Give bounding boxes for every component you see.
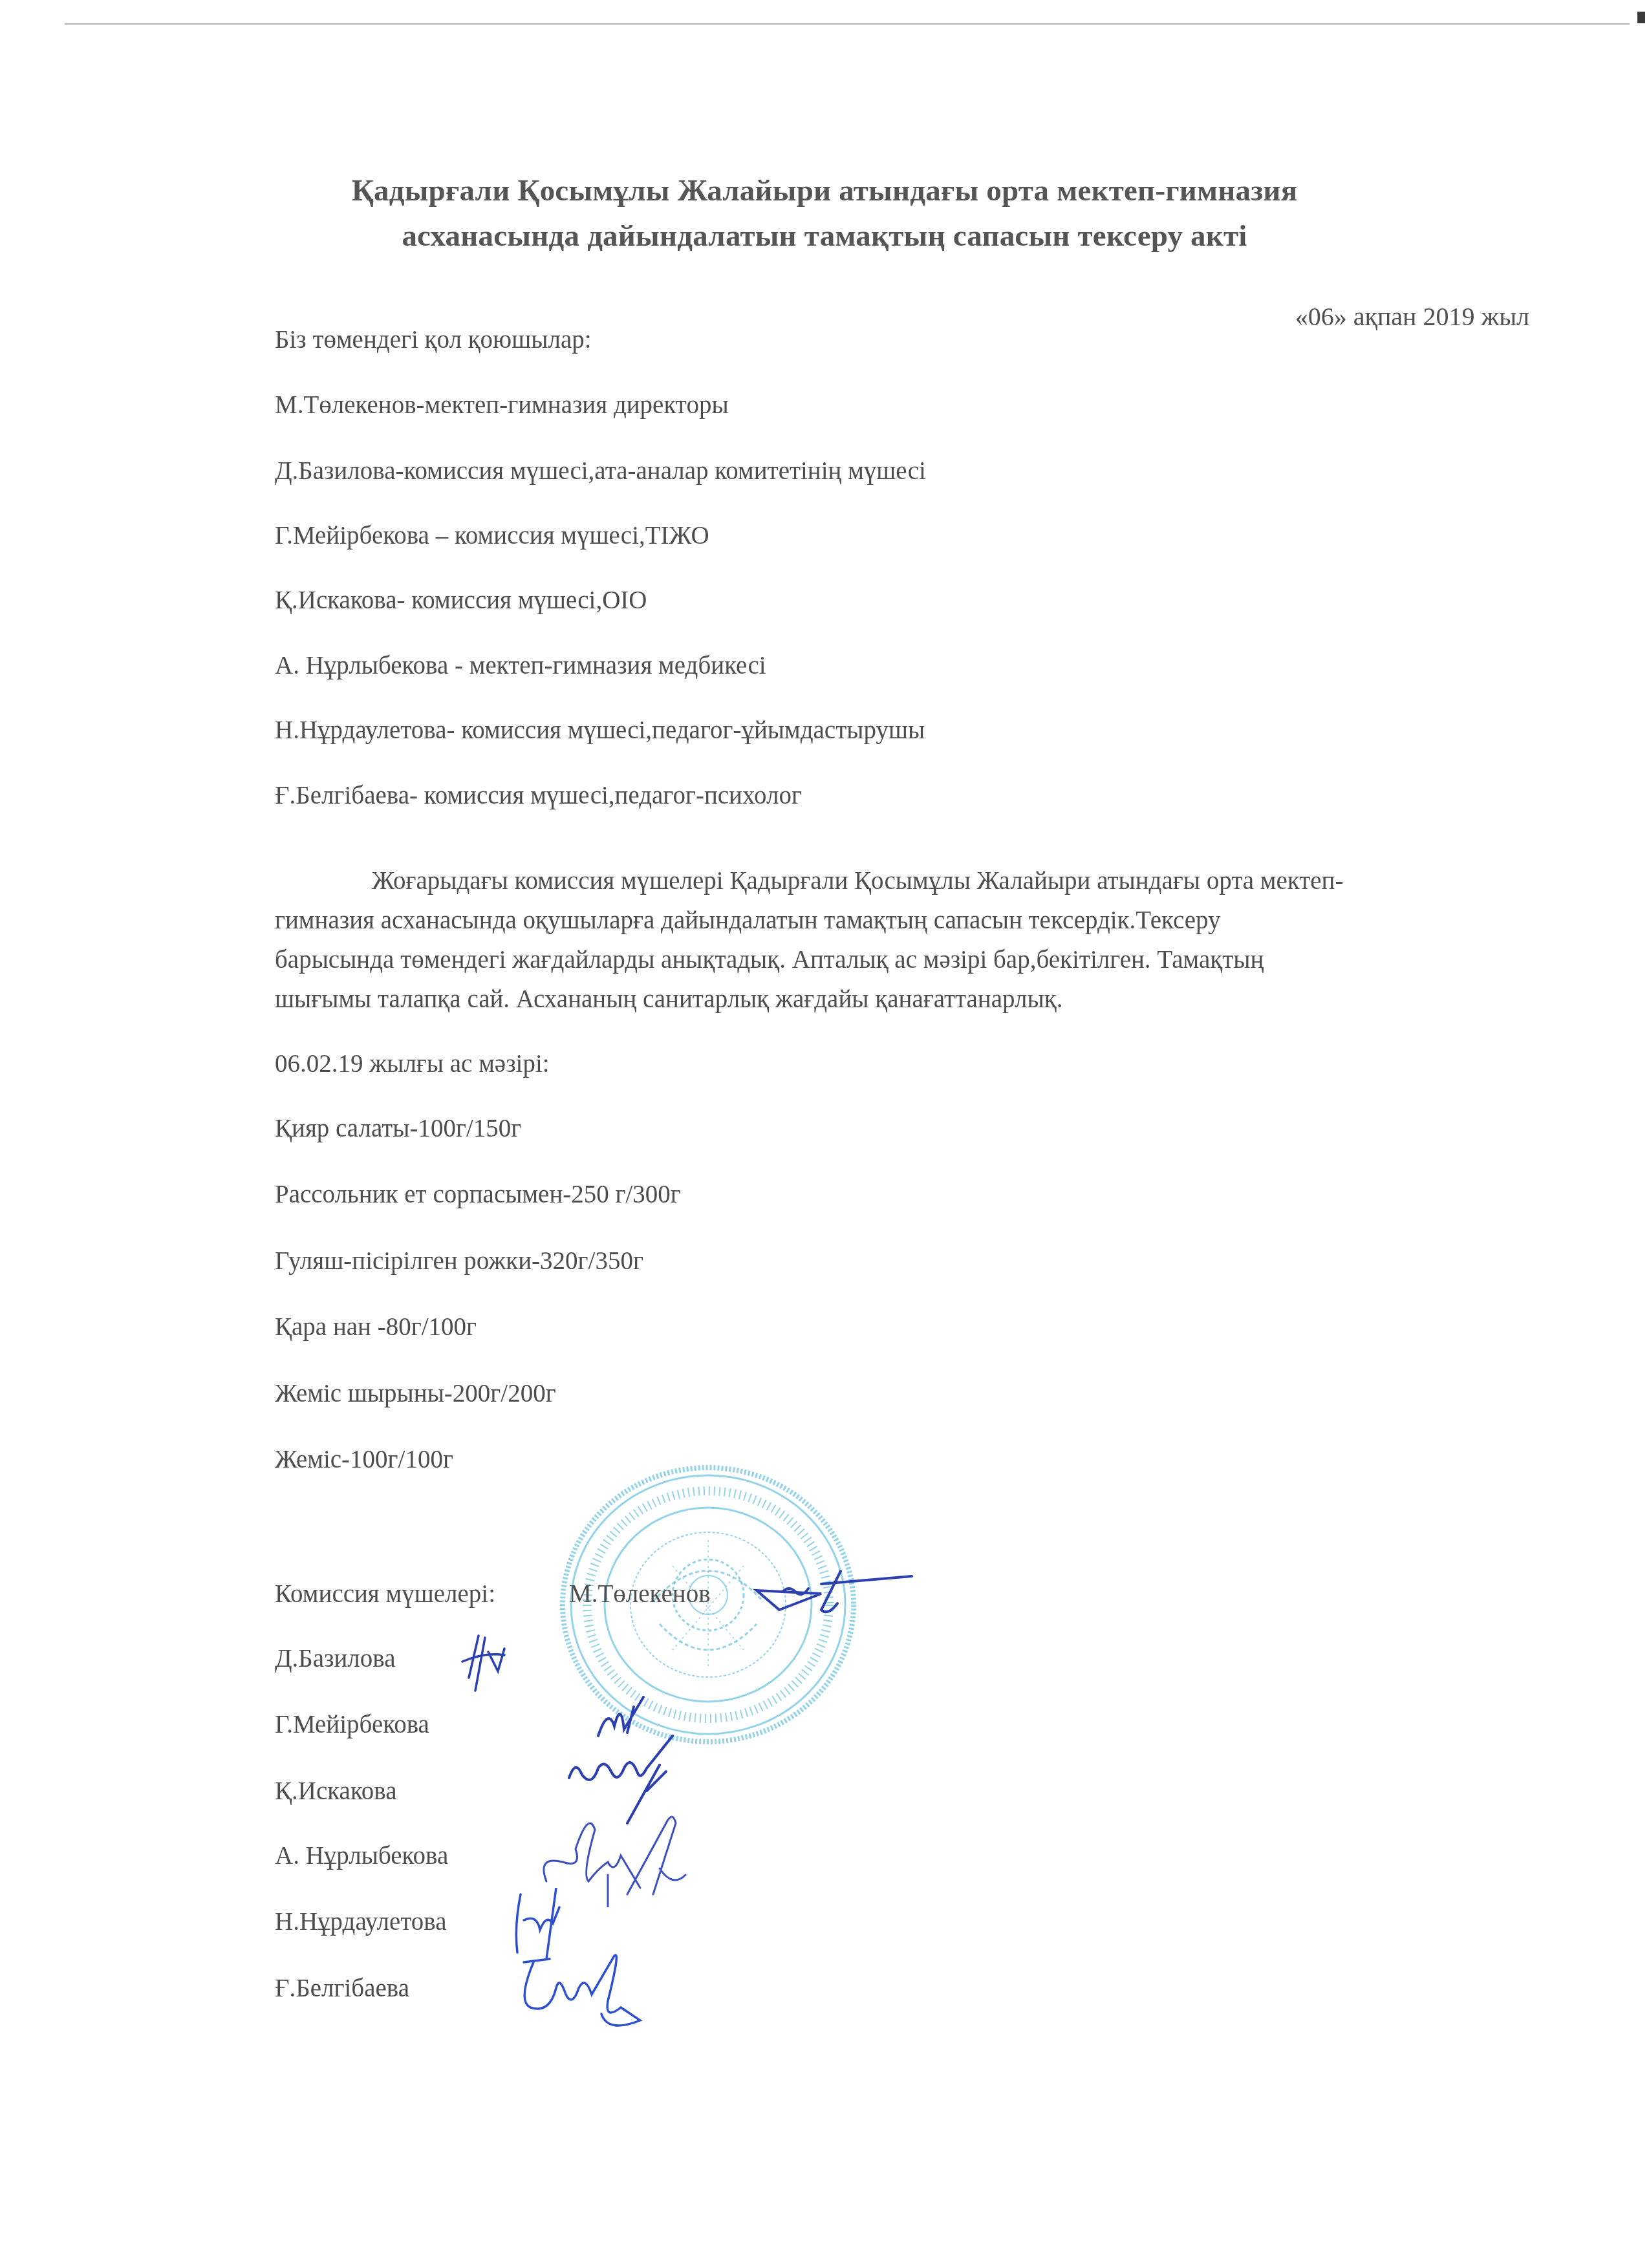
signatory-name: Н.Нұрдаулетова	[275, 1907, 447, 1936]
paragraph-line: Жоғарыдағы комиссия мүшелері Қадырғали Қ…	[275, 861, 1536, 901]
member-line: Г.Мейірбекова – комиссия мүшесі,ТІЖО	[275, 521, 709, 550]
menu-heading: 06.02.19 жылғы ас мәзірі:	[275, 1049, 550, 1078]
menu-item: Гуляш-пісірілген рожки-320г/350г	[275, 1246, 643, 1276]
paragraph-line: барысында төмендегі жағдайларды анықтады…	[275, 940, 1536, 979]
menu-item: Жеміс шырыны-200г/200г	[275, 1379, 556, 1408]
signature-nurdauletova-icon	[511, 1888, 588, 1959]
signatures-label: Комиссия мүшелері:	[275, 1579, 495, 1609]
menu-item: Жеміс-100г/100г	[275, 1445, 453, 1474]
signatory-name: Д.Базилова	[275, 1644, 396, 1673]
menu-item: Рассольник ет сорпасымен-250 г/300г	[275, 1180, 681, 1209]
document-title-line-2: асханасында дайындалатын тамақтың сапасы…	[0, 219, 1649, 253]
member-line: Қ.Искакова- комиссия мүшесі,ОІО	[275, 586, 647, 615]
member-line: Н.Нұрдаулетова- комиссия мүшесі,педагог-…	[275, 716, 925, 745]
signatory-name: Ғ.Белгібаева	[275, 1974, 409, 2003]
scan-top-border	[65, 23, 1630, 25]
scan-corner-mark	[1637, 12, 1645, 23]
menu-item: Қара нан -80г/100г	[275, 1312, 477, 1342]
signature-bazilova-icon	[459, 1632, 511, 1697]
menu-item: Қияр салаты-100г/150г	[275, 1114, 521, 1143]
signatory-name: М.Төлекенов	[569, 1579, 711, 1609]
paragraph-line: шығымы талапқа сай. Асхананың санитарлық…	[275, 979, 1536, 1019]
findings-paragraph: Жоғарыдағы комиссия мүшелері Қадырғали Қ…	[275, 861, 1536, 1019]
signatory-name: А. Нұрлыбекова	[275, 1841, 448, 1870]
document-title-line-1: Қадырғали Қосымұлы Жалайыри атындағы орт…	[0, 173, 1649, 208]
signatory-name: Г.Мейірбекова	[275, 1710, 429, 1739]
signature-belgibaeva-icon	[511, 1949, 666, 2040]
paragraph-line: гимназия асханасында оқушыларға дайындал…	[275, 901, 1536, 940]
signature-director-icon	[750, 1565, 918, 1623]
intro-text: Біз төмендегі қол қоюшылар:	[275, 325, 592, 354]
signatory-name: Қ.Искакова	[275, 1777, 397, 1806]
member-line: А. Нұрлыбекова - мектеп-гимназия медбике…	[275, 651, 766, 680]
member-line: Д.Базилова-комиссия мүшесі,ата-аналар ко…	[275, 456, 926, 486]
document-date: «06» ақпан 2019 жыл	[1295, 301, 1529, 332]
member-line: Ғ.Белгібаева- комиссия мүшесі,педагог-пс…	[275, 781, 802, 810]
member-line: М.Төлекенов-мектеп-гимназия директоры	[275, 390, 729, 420]
